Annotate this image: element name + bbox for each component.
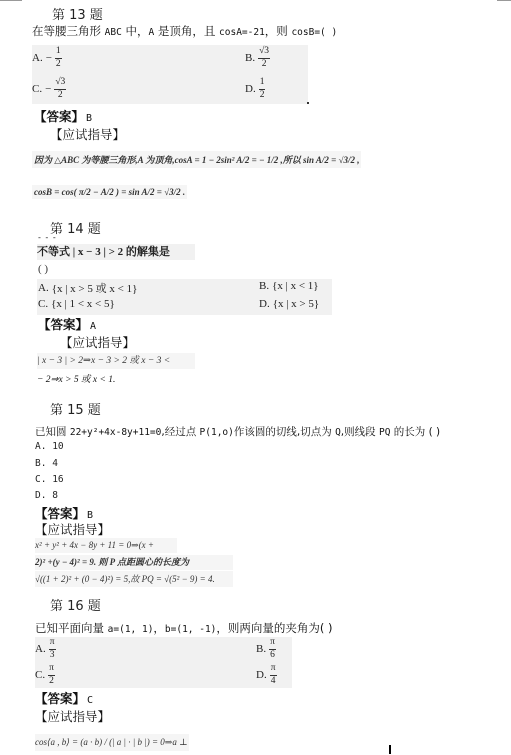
option-text: {x | 1 < x < 5} xyxy=(51,298,115,310)
denominator: 2 xyxy=(262,59,267,70)
stem-text: ，则 xyxy=(265,24,292,38)
option-label: A. xyxy=(38,282,49,294)
stem-math: P(1,o) xyxy=(200,427,234,438)
option-b[interactable]: B.{x | x < 1} xyxy=(259,280,319,292)
answer-value: A xyxy=(90,321,96,332)
question-15-stem: 已知圆 22+y²+4x-8y+11=0,经过点 P(1,o)作该圆的切线,切点… xyxy=(35,424,440,439)
option-label: B. xyxy=(35,458,46,469)
stem-text: ，则两向量的夹角为( ) xyxy=(216,621,332,635)
option-c[interactable]: C. 16 xyxy=(35,474,64,485)
question-13-solution-line-1: 因为 △ABC 为等腰三角形,A 为顶角,cosA = 1 − 2sin² A/… xyxy=(32,151,361,168)
option-label: C. xyxy=(38,298,48,310)
question-15-solution-line-3: √((1 + 2)² + (0 − 4)²) = 5,故 PQ = √(5² −… xyxy=(35,571,233,587)
denominator: 6 xyxy=(270,650,275,661)
option-d[interactable]: D.{x | x > 5} xyxy=(259,298,319,310)
option-text: 16 xyxy=(52,474,63,485)
dash-mark: - - - xyxy=(38,233,57,242)
numerator: π xyxy=(270,664,277,676)
stem-math: cosA=-21 xyxy=(219,27,265,38)
question-14-solution-line-2: − 2⇒x > 5 或 x < 1. xyxy=(37,371,115,385)
fraction: π2 xyxy=(48,664,55,686)
option-label: B. xyxy=(256,643,266,655)
option-text: {x | x > 5} xyxy=(273,298,319,310)
denominator: 2 xyxy=(58,90,63,101)
question-16-title: 第 16 题 xyxy=(50,595,101,614)
stem-text: 作该圆的切线,切点为 xyxy=(234,426,335,438)
question-13-answer: 【答案】B xyxy=(34,107,92,125)
question-13-solution-line-2: cosB = cos( π/2 − A/2 ) = sin A/2 = √3/2… xyxy=(32,185,187,199)
question-13-stem: 在等腰三角形 ABC 中，A 是顶角，且 cosA=-21，则 cosB=( ) xyxy=(32,23,337,39)
question-14-answer: 【答案】A xyxy=(38,315,96,333)
option-text: 4 xyxy=(52,458,58,469)
question-16-answer: 【答案】C xyxy=(35,689,93,707)
numerator: 1 xyxy=(55,47,62,59)
option-label: D. xyxy=(256,669,267,681)
fraction: 12 xyxy=(55,47,62,69)
numerator: π xyxy=(49,638,56,650)
answer-label: 【答案】 xyxy=(35,691,85,706)
question-14-paren: ( ) xyxy=(38,263,48,275)
stem-math: a=(1, 1) xyxy=(108,624,154,635)
denominator: 2 xyxy=(49,676,54,687)
option-label: D. xyxy=(245,83,256,95)
option-b[interactable]: B. π6 xyxy=(256,638,276,660)
question-15-solution-line-1: x² + y² + 4x − 8y + 11 = 0⇒(x + xyxy=(35,538,177,553)
option-text: {x | x < 1} xyxy=(272,280,318,292)
question-15-solution-line-2: 2)² +(y − 4)² = 9. 则 P 点距圆心的长度为 xyxy=(35,555,233,570)
stem-math: b=(1, -1) xyxy=(165,624,216,635)
question-15-guide-label: 【应试指导】 xyxy=(35,520,110,538)
stem-text: 已知圆 xyxy=(35,426,70,438)
option-label: C. xyxy=(35,669,45,681)
stem-text: ,则线段 xyxy=(341,426,379,438)
stem-math: cosB=( ) xyxy=(291,27,337,38)
option-label: D. xyxy=(35,490,46,501)
option-text: 8 xyxy=(52,490,58,501)
question-13-options-scan: A. − 12 B. √32 C. − √32 D. 12 xyxy=(32,45,308,104)
option-d[interactable]: D. 8 xyxy=(35,490,58,501)
option-b[interactable]: B. √32 xyxy=(245,47,270,69)
question-13-title: 第 13 题 xyxy=(52,4,103,23)
numerator: √3 xyxy=(258,47,270,59)
option-d[interactable]: D. π4 xyxy=(256,664,277,686)
option-a[interactable]: A. − 12 xyxy=(32,47,62,69)
answer-label: 【答案】 xyxy=(35,506,85,521)
stem-text: ， xyxy=(153,621,165,635)
option-a[interactable]: A.{x | x > 5 或 x < 1} xyxy=(38,280,137,296)
option-label: C. xyxy=(32,83,42,95)
question-14-stem: 不等式 | x − 3 | > 2 的解集是 xyxy=(37,244,195,260)
question-15-title: 第 15 题 xyxy=(50,399,101,418)
page-corner-mark-left xyxy=(0,0,22,1)
question-14-options-scan: A.{x | x > 5 或 x < 1} B.{x | x < 1} C.{x… xyxy=(37,279,332,315)
option-text: 10 xyxy=(52,441,63,452)
question-16-stem: 已知平面向量 a=(1, 1)，b=(1, -1)，则两向量的夹角为( ) xyxy=(35,620,333,636)
page-corner-mark-right xyxy=(497,0,511,1)
fraction: π3 xyxy=(49,638,56,660)
question-14-solution-line-1: | x − 3 | > 2⇒x − 3 > 2 或 x − 3 < xyxy=(37,353,195,369)
answer-value: C xyxy=(87,695,93,706)
option-label: B. xyxy=(245,52,255,64)
option-sign: − xyxy=(46,52,52,64)
fraction: π6 xyxy=(269,638,276,660)
stem-text: 的长为 ( ) xyxy=(390,426,440,438)
option-label: A. xyxy=(32,52,43,64)
numerator: √3 xyxy=(54,78,66,90)
option-label: A. xyxy=(35,441,46,452)
option-c[interactable]: C. π2 xyxy=(35,664,55,686)
stem-text: 中， xyxy=(122,24,149,38)
option-text: {x | x > 5 或 x < 1} xyxy=(52,280,138,296)
denominator: 2 xyxy=(260,90,265,101)
question-16-guide-label: 【应试指导】 xyxy=(35,707,110,725)
question-16-solution-line-1: cos⟨a , b⟩ = (a · b) / (| a | · | b |) =… xyxy=(35,734,189,751)
option-a[interactable]: A. π3 xyxy=(35,638,56,660)
option-b[interactable]: B. 4 xyxy=(35,458,58,469)
answer-label: 【答案】 xyxy=(34,109,84,124)
option-c[interactable]: C.{x | 1 < x < 5} xyxy=(38,298,115,310)
numerator: π xyxy=(48,664,55,676)
text-cursor xyxy=(389,745,391,754)
stem-math: PQ xyxy=(379,427,390,438)
stem-text: 已知平面向量 xyxy=(35,621,108,635)
option-c[interactable]: C. − √32 xyxy=(32,78,66,100)
fraction: 12 xyxy=(259,78,266,100)
question-13-guide-label: 【应试指导】 xyxy=(50,125,125,143)
option-a[interactable]: A. 10 xyxy=(35,441,64,452)
option-d[interactable]: D. 12 xyxy=(245,78,265,100)
option-label: D. xyxy=(259,298,270,310)
fraction: √32 xyxy=(54,78,66,100)
denominator: 3 xyxy=(50,650,55,661)
question-16-options-scan: A. π3 B. π6 C. π2 D. π4 xyxy=(35,637,292,688)
denominator: 4 xyxy=(271,676,276,687)
option-sign: − xyxy=(45,83,51,95)
option-label: A. xyxy=(35,643,46,655)
stem-text: 在等腰三角形 xyxy=(32,24,105,38)
numerator: 1 xyxy=(259,78,266,90)
stem-text: ,经过点 xyxy=(161,426,199,438)
option-label: C. xyxy=(35,474,46,485)
option-label: B. xyxy=(259,280,269,292)
stray-dot xyxy=(307,102,309,104)
numerator: π xyxy=(269,638,276,650)
answer-value: B xyxy=(86,113,92,124)
stem-math: ABC xyxy=(105,27,122,38)
fraction: √32 xyxy=(258,47,270,69)
fraction: π4 xyxy=(270,664,277,686)
answer-label: 【答案】 xyxy=(38,317,88,332)
denominator: 2 xyxy=(56,59,61,70)
question-14-guide-label: 【应试指导】 xyxy=(60,333,135,351)
stem-math: 22+y²+4x-8y+11=0 xyxy=(70,427,162,438)
stem-text: 是顶角，且 xyxy=(154,24,219,38)
question-14-title: 第 14 题 xyxy=(50,218,101,237)
